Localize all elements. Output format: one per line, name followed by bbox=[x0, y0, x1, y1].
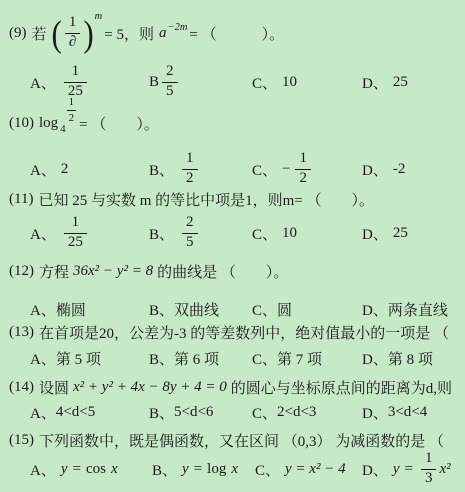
fraction-1-over-a: 1 ∂ bbox=[65, 15, 81, 51]
question-14-option-b: B、 5<d<6 bbox=[149, 400, 213, 424]
question-9-option-b: B 2 5 bbox=[149, 58, 181, 106]
question-14-option-d: D、 3<d<4 bbox=[362, 400, 427, 424]
option-label: C、 bbox=[252, 402, 277, 423]
var-x: x bbox=[111, 461, 118, 478]
fraction: 1 3 bbox=[421, 451, 437, 487]
base-a: a bbox=[159, 25, 167, 42]
question-9: (9) 若 ( 1 ∂ ) m = 5，则 a −2m = （ ）。 bbox=[0, 8, 465, 58]
answer-blank: = （ ）。 bbox=[79, 113, 159, 134]
question-12-text-post: 的曲线是 （ ）。 bbox=[157, 261, 288, 282]
question-13-number: (13) bbox=[9, 324, 34, 341]
option-value: 第 7 项 bbox=[277, 348, 322, 369]
question-10-option-b: B、 1 2 bbox=[149, 146, 201, 192]
question-13: (13) 在首项是20，公差为-3 的等差数列中，绝对值最小的一项是 （ ）。 bbox=[0, 320, 465, 344]
question-15-option-a: A、 y = cos x bbox=[30, 448, 118, 490]
option-value: 2 bbox=[61, 161, 69, 178]
equation: 36x² − y² = 8 bbox=[73, 263, 153, 280]
question-10-number: (10) bbox=[9, 115, 34, 132]
question-13-options-row: A、 第 5 项 B、 第 6 项 C、 第 7 项 D、 第 8 项 bbox=[0, 346, 465, 370]
exponent-m: m bbox=[95, 11, 103, 22]
option-label: C、 bbox=[252, 159, 277, 180]
question-10-option-d: D、 -2 bbox=[362, 146, 405, 192]
var-y: y bbox=[182, 461, 189, 478]
question-12-number: (12) bbox=[9, 263, 34, 280]
question-9-number: (9) bbox=[9, 25, 27, 42]
option-value: -2 bbox=[393, 161, 406, 178]
left-paren: ( bbox=[52, 15, 62, 52]
question-9-option-a: A、 1 25 bbox=[30, 58, 90, 106]
question-14-option-a: A、 4<d<5 bbox=[30, 400, 95, 424]
question-10-stem: (10) log 4 1 2 = （ ）。 bbox=[9, 100, 159, 146]
option-value: 5<d<6 bbox=[174, 404, 213, 421]
question-12-text-pre: 方程 bbox=[39, 261, 69, 282]
option-value: 双曲线 bbox=[174, 299, 219, 320]
question-14-stem: (14) 设圆 x² + y² + 4x − 8y + 4 = 0 的圆心与坐标… bbox=[9, 374, 465, 400]
option-label: C、 bbox=[255, 459, 280, 480]
option-value: 3<d<4 bbox=[388, 404, 427, 421]
var-y: y bbox=[61, 461, 68, 478]
option-label: D、 bbox=[362, 402, 388, 423]
question-11-option-a: A、 1 25 bbox=[30, 209, 90, 257]
question-11-options-row: A、 1 25 B、 2 5 C、 10 D、 25 bbox=[0, 209, 465, 257]
question-11-text: 已知 25 与实数 m 的等比中项是1，则m= （ ）。 bbox=[38, 189, 374, 210]
question-11-stem: (11) 已知 25 与实数 m 的等比中项是1，则m= （ ）。 bbox=[9, 189, 374, 209]
option-value: 椭圆 bbox=[56, 299, 86, 320]
question-13-option-a: A、 第 5 项 bbox=[30, 346, 101, 370]
question-12-option-d: D、 两条直线 bbox=[362, 297, 448, 321]
log-function: log bbox=[39, 115, 58, 132]
question-11-option-c: C、 10 bbox=[252, 209, 297, 257]
fraction: 2 5 bbox=[182, 215, 198, 251]
option-label: A、 bbox=[30, 72, 56, 93]
var-x: x bbox=[231, 461, 238, 478]
var-y: y bbox=[393, 461, 400, 478]
option-label: B、 bbox=[149, 299, 174, 320]
question-15-options-row: A、 y = cos x B、 y = log x C、 y = x² − 4 … bbox=[0, 448, 465, 490]
question-10-option-c: C、 − 1 2 bbox=[252, 146, 314, 192]
log-function: log bbox=[207, 461, 226, 478]
option-label: C、 bbox=[252, 348, 277, 369]
option-value: 圆 bbox=[277, 299, 292, 320]
option-label: D、 bbox=[362, 72, 388, 93]
question-9-stem: (9) 若 ( 1 ∂ ) m = 5，则 a −2m = （ ）。 bbox=[9, 8, 284, 58]
question-9-option-c: C、 10 bbox=[252, 58, 297, 106]
question-14-number: (14) bbox=[9, 379, 34, 396]
question-10-options-row: A、 2 B、 1 2 C、 − 1 2 D、 -2 bbox=[0, 146, 465, 192]
fraction: 1 2 bbox=[295, 151, 311, 187]
option-label: D、 bbox=[362, 459, 388, 480]
question-14-text-post: 的圆心与坐标原点间的距离为d,则 （ ）。 bbox=[231, 377, 465, 398]
question-13-option-c: C、 第 7 项 bbox=[252, 346, 322, 370]
option-value: 4<d<5 bbox=[56, 404, 95, 421]
option-label: B、 bbox=[149, 223, 174, 244]
question-14-options-row: A、 4<d<5 B、 5<d<6 C、 2<d<3 D、 3<d<4 bbox=[0, 400, 465, 424]
option-label: D、 bbox=[362, 223, 388, 244]
fraction: 1 25 bbox=[64, 215, 87, 251]
minus-sign: − bbox=[282, 161, 290, 178]
option-label: D、 bbox=[362, 299, 388, 320]
option-label: B、 bbox=[149, 348, 174, 369]
question-11: (11) 已知 25 与实数 m 的等比中项是1，则m= （ ）。 bbox=[0, 189, 465, 209]
option-label: C、 bbox=[252, 72, 277, 93]
option-label: A、 bbox=[30, 299, 56, 320]
cos-function: cos bbox=[86, 461, 106, 478]
option-value: 第 8 项 bbox=[388, 348, 433, 369]
question-12-options-row: A、 椭圆 B、 双曲线 C、 圆 D、 两条直线 bbox=[0, 297, 465, 321]
option-label: D、 bbox=[362, 159, 388, 180]
option-label: A、 bbox=[30, 459, 56, 480]
option-value: 25 bbox=[393, 225, 408, 242]
option-value: 第 6 项 bbox=[174, 348, 219, 369]
question-13-option-d: D、 第 8 项 bbox=[362, 346, 433, 370]
fraction: 2 5 bbox=[162, 64, 178, 100]
x-squared: x² bbox=[439, 461, 450, 478]
question-14-text-pre: 设圆 bbox=[39, 377, 69, 398]
option-value: 两条直线 bbox=[388, 299, 448, 320]
option-label: A、 bbox=[30, 159, 56, 180]
right-paren: ) bbox=[83, 15, 93, 52]
circle-equation: x² + y² + 4x − 8y + 4 = 0 bbox=[73, 379, 227, 396]
option-label: A、 bbox=[30, 402, 56, 423]
option-label: B bbox=[149, 74, 159, 91]
equals-sign: = bbox=[194, 461, 202, 478]
question-11-option-d: D、 25 bbox=[362, 209, 408, 257]
option-value: y = x² − 4 bbox=[285, 461, 346, 478]
option-label: B、 bbox=[149, 159, 174, 180]
question-13-text: 在首项是20，公差为-3 的等差数列中，绝对值最小的一项是 （ ）。 bbox=[39, 322, 465, 343]
question-14-option-c: C、 2<d<3 bbox=[252, 400, 316, 424]
question-13-stem: (13) 在首项是20，公差为-3 的等差数列中，绝对值最小的一项是 （ ）。 bbox=[9, 320, 465, 344]
option-value: 第 5 项 bbox=[56, 348, 101, 369]
option-label: B、 bbox=[152, 459, 177, 480]
question-12-option-b: B、 双曲线 bbox=[149, 297, 219, 321]
question-10: (10) log 4 1 2 = （ ）。 bbox=[0, 100, 465, 146]
question-15-number: (15) bbox=[9, 432, 34, 449]
equals-five: = 5，则 bbox=[104, 23, 154, 44]
question-10-option-a: A、 2 bbox=[30, 146, 68, 192]
question-11-option-b: B、 2 5 bbox=[149, 209, 201, 257]
option-value: 2<d<3 bbox=[277, 404, 316, 421]
math-quiz-page: (9) 若 ( 1 ∂ ) m = 5，则 a −2m = （ ）。 A、 1 … bbox=[0, 0, 465, 492]
question-12-option-a: A、 椭圆 bbox=[30, 297, 86, 321]
option-value: 25 bbox=[393, 74, 408, 91]
question-9-option-d: D、 25 bbox=[362, 58, 408, 106]
option-label: D、 bbox=[362, 348, 388, 369]
option-label: A、 bbox=[30, 348, 56, 369]
question-15-option-c: C、 y = x² − 4 bbox=[255, 448, 346, 490]
question-11-number: (11) bbox=[9, 191, 33, 208]
question-15-option-b: B、 y = log x bbox=[152, 448, 238, 490]
question-12: (12) 方程 36x² − y² = 8 的曲线是 （ ）。 bbox=[0, 258, 465, 284]
question-12-option-c: C、 圆 bbox=[252, 297, 292, 321]
equals-sign: = bbox=[405, 461, 413, 478]
answer-blank: = （ ）。 bbox=[189, 23, 284, 44]
exponent-neg-2m: −2m bbox=[167, 22, 187, 33]
option-label: C、 bbox=[252, 223, 277, 244]
question-9-text: 若 bbox=[32, 23, 47, 44]
superscript-fraction-1-2: 1 2 bbox=[67, 96, 77, 123]
question-12-stem: (12) 方程 36x² − y² = 8 的曲线是 （ ）。 bbox=[9, 258, 288, 284]
option-label: C、 bbox=[252, 299, 277, 320]
option-label: A、 bbox=[30, 223, 56, 244]
log-base: 4 bbox=[60, 123, 66, 135]
question-15-option-d: D、 y = 1 3 x² bbox=[362, 448, 451, 490]
question-13-option-b: B、 第 6 项 bbox=[149, 346, 219, 370]
option-value: 10 bbox=[282, 74, 297, 91]
fraction: 1 25 bbox=[64, 64, 87, 100]
fraction: 1 2 bbox=[182, 151, 198, 187]
equals-sign: = bbox=[73, 461, 81, 478]
question-14: (14) 设圆 x² + y² + 4x − 8y + 4 = 0 的圆心与坐标… bbox=[0, 374, 465, 400]
option-value: 10 bbox=[282, 225, 297, 242]
option-label: B、 bbox=[149, 402, 174, 423]
